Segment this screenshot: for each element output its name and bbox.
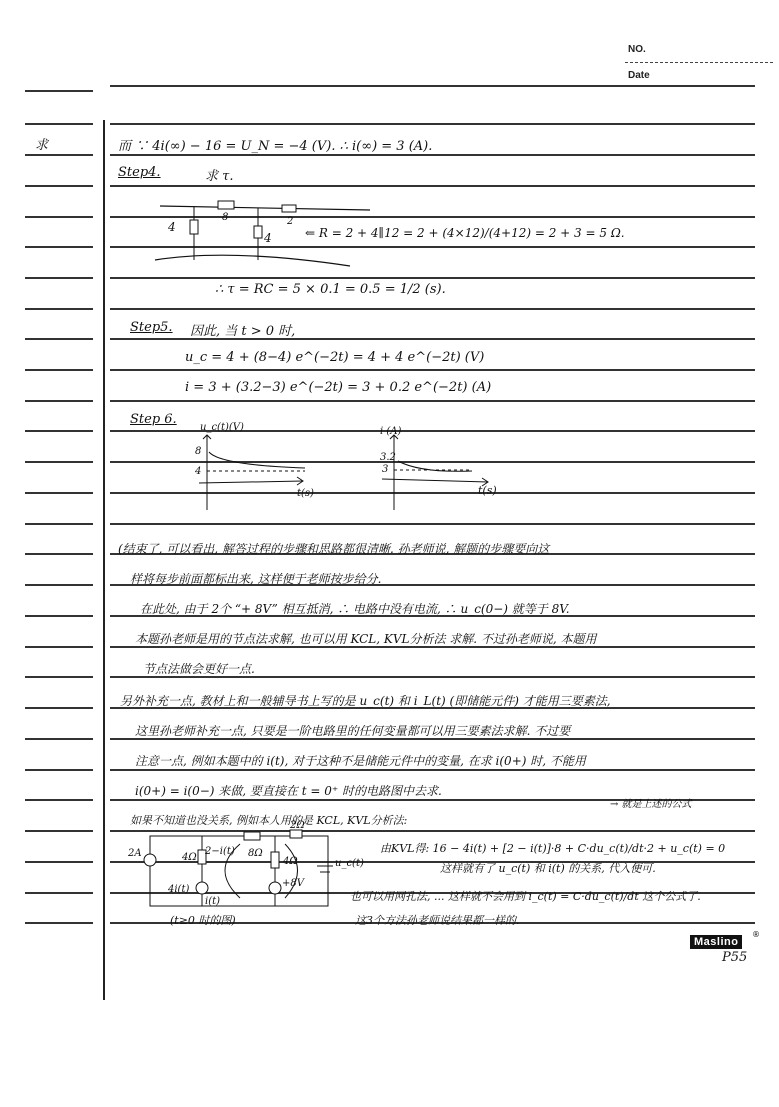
notebook-page: NO. Date 求 — [0, 0, 779, 1107]
step5-intro: 因此, 当 t > 0 时, — [190, 320, 295, 339]
mesh-alternative: 也可以用网孔法, ... 这样就不会用到 i_c(t) = C·du_c(t)/… — [350, 888, 701, 904]
circuit-label-2: 2 — [287, 216, 293, 227]
it-label: i(t) — [205, 896, 220, 907]
resistance-equation: ⇐ R = 2 + 4∥12 = 2 + (4×12)/(4+12) = 2 +… — [305, 226, 625, 240]
note-line-7: 这里孙老师补充一点, 只要是一阶电路里的任何变量都可以用三要素法求解. 不过要 — [135, 722, 570, 739]
step5-title: Step5. — [130, 320, 173, 335]
uc-graph — [195, 435, 315, 515]
uc-equation: u_c = 4 + (8−4) e^(−2t) = 4 + 4 e^(−2t) … — [185, 350, 484, 365]
uc-graph-tick-4: 4 — [195, 466, 201, 477]
resistor-2-label: 2Ω — [290, 820, 305, 831]
circuit-label-8: 8 — [222, 212, 228, 223]
note-line-1: (结束了, 可以看出, 解答过程的步骤和思路都很清晰. 孙老师说, 解题的步骤要… — [118, 540, 549, 557]
circuit-label-4b: 4 — [264, 231, 272, 245]
note-line-9: i(0+) = i(0−) 来做, 要直接在 t = 0⁺ 时的电路图中去求. — [135, 782, 442, 799]
step6-title: Step 6. — [130, 412, 177, 427]
note-line-8: 注意一点, 例如本题中的 i(t), 对于这种不是储能元件中的变量, 在求 i(… — [135, 752, 586, 769]
uc-label: u_c(t) — [335, 858, 364, 869]
kvl-equation: 由KVL得: 16 − 4i(t) + [2 − i(t)]·8 + C·du_… — [380, 840, 725, 856]
kvl-circuit-diagram — [140, 830, 340, 910]
kvl-result: 这样就有了 u_c(t) 和 i(t) 的关系, 代入便可. — [440, 860, 656, 876]
circuit-caption: (t≥0 时的图) — [170, 912, 236, 928]
branch-current-label: 2−i(t) — [205, 846, 235, 857]
note-line-10: 如果不知道也没关系, 例如本人用的是 KCL, KVL分析法: — [130, 812, 407, 828]
date-label: Date — [628, 70, 650, 81]
note-line-2: 样将每步前面都标出来, 这样便于老师按步给分. — [130, 570, 381, 587]
i-graph-xlabel: t(s) — [478, 484, 497, 497]
i-graph-tick-3: 3 — [382, 464, 388, 475]
i-graph-ylabel: i (A) — [380, 426, 401, 437]
note-line-3: 在此处, 由于 2个 “+ 8V” 相互抵消, ∴ 电路中没有电流, ∴ u_c… — [140, 600, 570, 617]
circuit-label-4a: 4 — [168, 220, 176, 234]
step4-title: Step4. — [118, 165, 161, 180]
infinity-current-line: 而 ∵ 4i(∞) − 16 = U_N = −4 (V). ∴ i(∞) = … — [118, 135, 432, 154]
uc-graph-tick-8: 8 — [195, 446, 201, 457]
resistor-4b-label: 4Ω — [283, 856, 298, 867]
dependent-source-label: 4i(t) — [168, 884, 189, 895]
note-line-6: 另外补充一点, 教材上和一般辅导书上写的是 u_c(t) 和 i_L(t) (即… — [120, 692, 611, 709]
margin-mark: 求 — [35, 134, 48, 153]
i-graph — [380, 435, 500, 515]
resistor-8-label: 8Ω — [248, 848, 263, 859]
step4-task: 求 τ. — [205, 165, 233, 184]
no-field-line — [625, 62, 773, 63]
source-2a-label: 2A — [128, 848, 142, 859]
uc-graph-ylabel: u_c(t)(V) — [200, 422, 244, 433]
i-graph-tick-3-2: 3.2 — [380, 452, 396, 463]
resistor-4-label: 4Ω — [182, 852, 197, 863]
uc-graph-xlabel: t(s) — [297, 488, 314, 499]
i-equation: i = 3 + (3.2−3) e^(−2t) = 3 + 0.2 e^(−2t… — [185, 380, 491, 395]
registered-mark: ® — [752, 930, 760, 939]
brand-logo: Maslino — [690, 935, 742, 949]
note-line-5: 节点法做会更好一点. — [143, 660, 255, 677]
methods-conclusion: 这3个方法孙老师说结果都一样的. — [355, 912, 520, 928]
page-number: P55 — [722, 950, 747, 965]
kvl-annotation: → 就是上述的公式 — [610, 795, 692, 810]
note-line-4: 本题孙老师是用的节点法求解, 也可以用 KCL, KVL分析法 求解. 不过孙老… — [135, 630, 597, 647]
margin-divider — [103, 120, 105, 1000]
source-8v-label: +8V — [282, 878, 304, 889]
tau-equation: ∴ τ = RC = 5 × 0.1 = 0.5 = 1/2 (s). — [215, 282, 446, 297]
no-label: NO. — [628, 44, 646, 55]
